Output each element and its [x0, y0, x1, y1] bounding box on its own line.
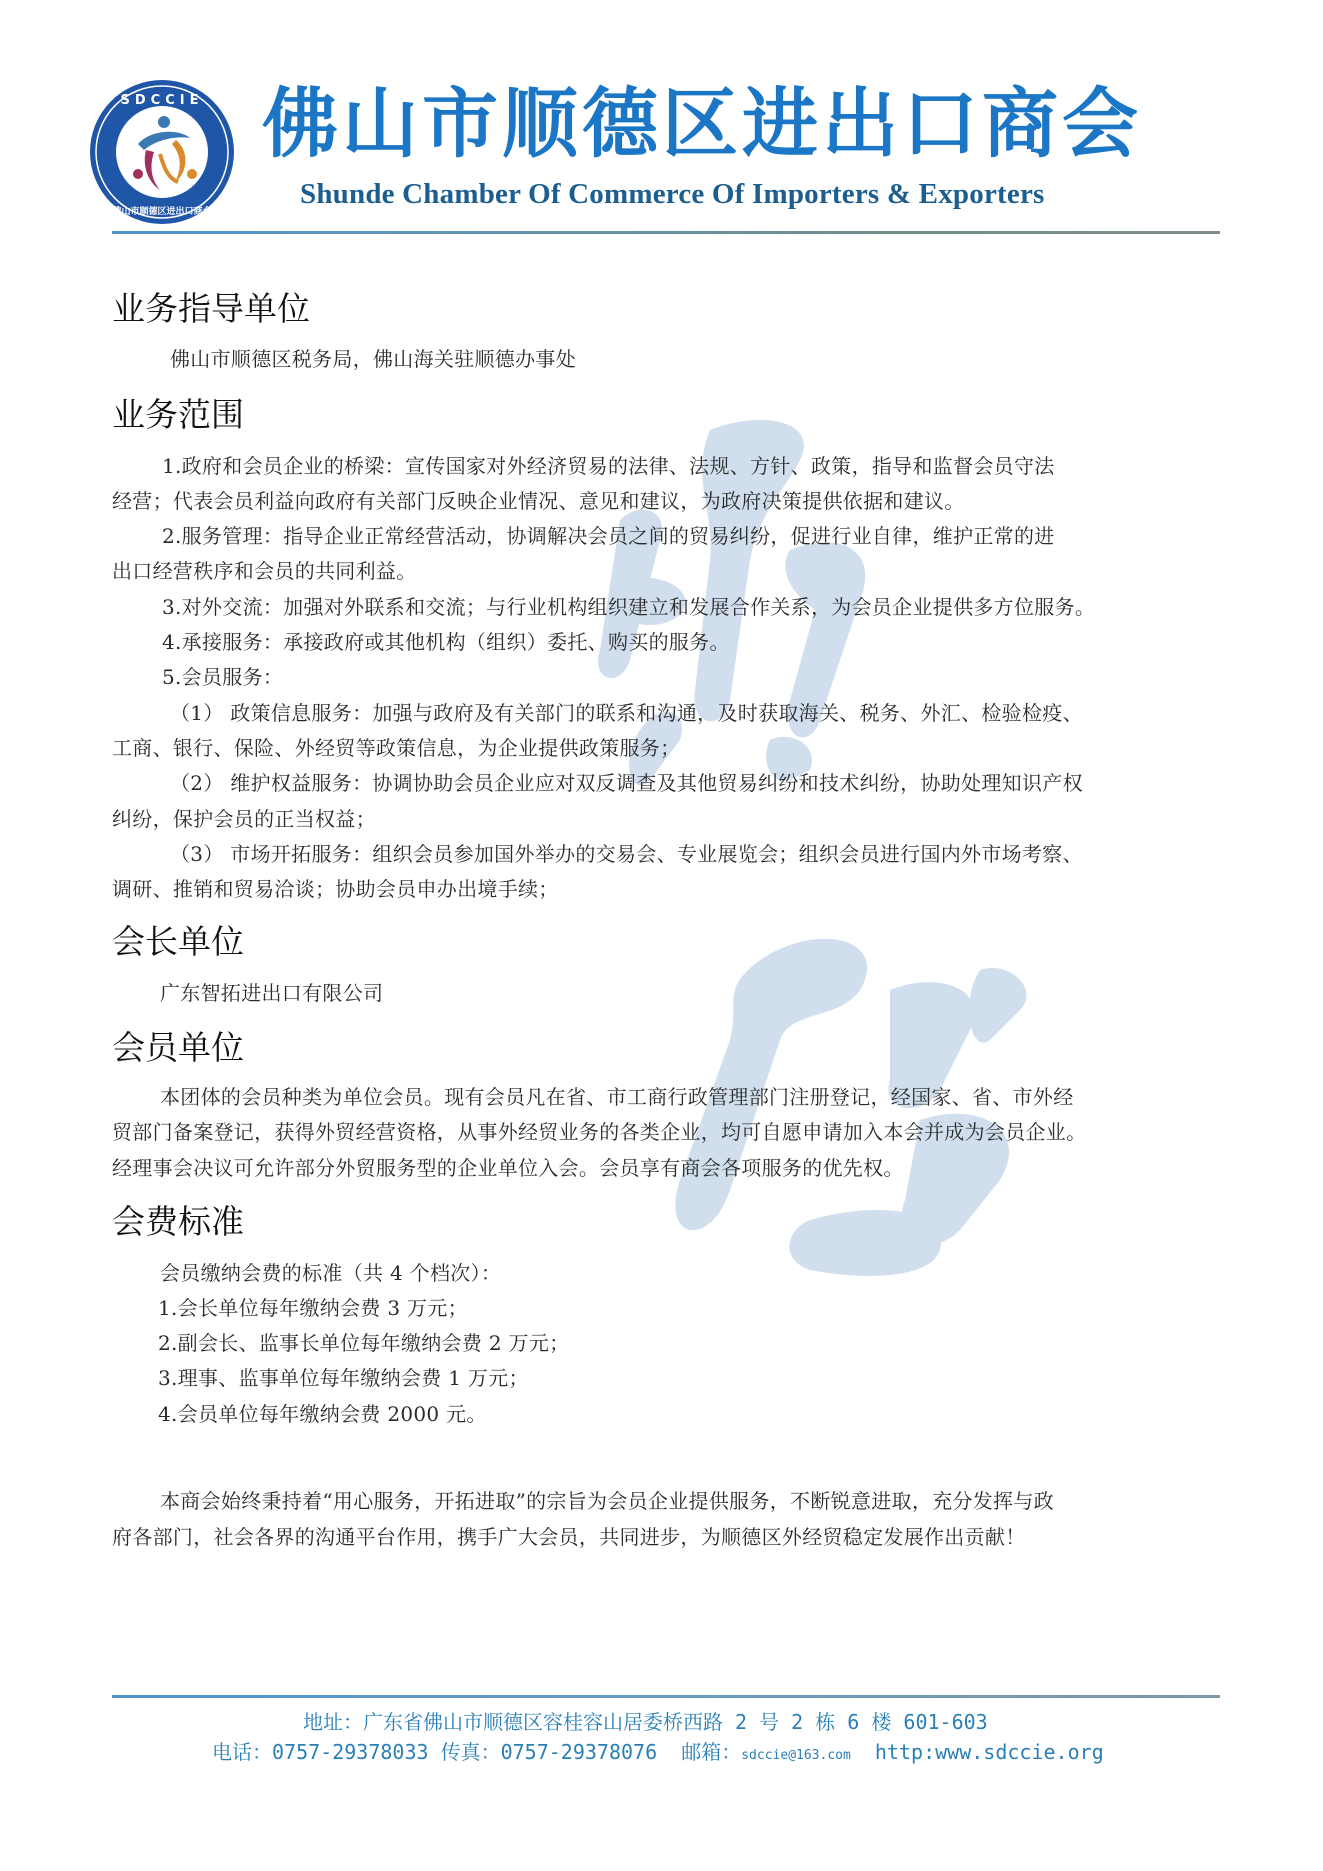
- website-link[interactable]: http:www.sdccie.org: [875, 1740, 1104, 1764]
- address-label: 地址：: [303, 1710, 363, 1734]
- svg-text:佛山市顺德区进出口商会: 佛山市顺德区进出口商会: [111, 205, 211, 217]
- svg-text:SDCCIE: SDCCIE: [121, 93, 204, 108]
- sdccie-logo: SDCCIE 佛山市顺德区进出口商会: [88, 78, 236, 226]
- phone-value: 0757-29378033: [272, 1740, 429, 1764]
- scope-line: （2） 维护权益服务：协调协助会员企业应对双反调查及其他贸易纠纷和技术纠纷，协助…: [170, 773, 1083, 793]
- scope-line: 5.会员服务：: [162, 667, 283, 687]
- scope-line: 1.政府和会员企业的桥梁：宣传国家对外经济贸易的法律、法规、方针、政策，指导和监…: [162, 456, 1055, 476]
- scope-line: （3） 市场开拓服务：组织会员参加国外举办的交易会、专业展览会；组织会员进行国内…: [170, 844, 1083, 864]
- section-heading-business-scope: 业务范围: [112, 398, 244, 431]
- section-heading-guidance-units: 业务指导单位: [112, 292, 310, 325]
- fax-value: 0757-29378076: [501, 1740, 658, 1764]
- scope-line: 调研、推销和贸易洽谈；协助会员申办出境手续；: [112, 879, 559, 899]
- fee-intro: 会员缴纳会费的标准（共 4 个档次）：: [160, 1263, 501, 1283]
- section-heading-member-units: 会员单位: [112, 1031, 244, 1064]
- scope-line: （1） 政策信息服务：加强与政府及有关部门的联系和沟通，及时获取海关、税务、外汇…: [170, 703, 1083, 723]
- scope-line: 出口经营秩序和会员的共同利益。: [112, 561, 417, 581]
- footer-divider: [112, 1695, 1220, 1698]
- closing-line: 本商会始终秉持着“用心服务，开拓进取”的宗旨为会员企业提供服务，不断锐意进取，充…: [160, 1491, 1054, 1511]
- fee-item: 4.会员单位每年缴纳会费 2000 元。: [158, 1404, 487, 1424]
- scope-line: 工商、银行、保险、外经贸等政策信息，为企业提供政策服务；: [112, 738, 680, 758]
- guidance-units-text: 佛山市顺德区税务局，佛山海关驻顺德办事处: [170, 349, 576, 369]
- organization-name-en: Shunde Chamber Of Commerce Of Importers …: [300, 180, 1045, 209]
- footer-address: 地址：广东省佛山市顺德区容桂容山居委桥西路 2 号 2 栋 6 楼 601-60…: [303, 1712, 988, 1732]
- section-heading-fee-standards: 会费标准: [112, 1205, 244, 1238]
- phone-label: 电话：: [212, 1740, 272, 1764]
- member-units-line: 本团体的会员种类为单位会员。现有会员凡在省、市工商行政管理部门注册登记，经国家、…: [160, 1087, 1074, 1107]
- member-units-line: 贸部门备案登记，获得外贸经营资格，从事外经贸业务的各类企业，均可自愿申请加入本会…: [112, 1122, 1086, 1142]
- scope-line: 经营；代表会员利益向政府有关部门反映企业情况、意见和建议，为政府决策提供依据和建…: [112, 491, 965, 511]
- address-value: 广东省佛山市顺德区容桂容山居委桥西路 2 号 2 栋 6 楼 601-603: [363, 1710, 988, 1734]
- fee-item: 3.理事、监事单位每年缴纳会费 1 万元；: [158, 1368, 529, 1388]
- fax-label: 传真：: [441, 1740, 501, 1764]
- fee-item: 1.会长单位每年缴纳会费 3 万元；: [158, 1298, 468, 1318]
- scope-line: 纠纷，保护会员的正当权益；: [112, 809, 376, 829]
- organization-name-cn: 佛山市顺德区进出口商会: [262, 86, 1142, 162]
- section-heading-president-unit: 会长单位: [112, 925, 244, 958]
- fee-item: 2.副会长、监事长单位每年缴纳会费 2 万元；: [158, 1333, 569, 1353]
- member-units-line: 经理事会决议可允许部分外贸服务型的企业单位入会。会员享有商会各项服务的优先权。: [112, 1158, 904, 1178]
- closing-line: 府各部门，社会各界的沟通平台作用，携手广大会员，共同进步，为顺德区外经贸稳定发展…: [112, 1527, 1026, 1547]
- email-link[interactable]: sdccie@163.com: [741, 1748, 851, 1763]
- footer-contacts: 电话：0757-29378033 传真：0757-29378076 邮箱：sdc…: [212, 1742, 1104, 1762]
- president-unit-text: 广东智拓进出口有限公司: [160, 983, 383, 1003]
- scope-line: 4.承接服务：承接政府或其他机构（组织）委托、购买的服务。: [162, 632, 730, 652]
- letterhead: SDCCIE 佛山市顺德区进出口商会 佛山市顺德区进出口商会 Shunde Ch…: [0, 0, 1323, 240]
- scope-line: 3.对外交流：加强对外联系和交流；与行业机构组织建立和发展合作关系，为会员企业提…: [162, 597, 1095, 617]
- email-label: 邮箱：: [681, 1740, 741, 1764]
- header-divider: [112, 231, 1220, 234]
- scope-line: 2.服务管理：指导企业正常经营活动，协调解决会员之间的贸易纠纷，促进行业自律，维…: [162, 526, 1055, 546]
